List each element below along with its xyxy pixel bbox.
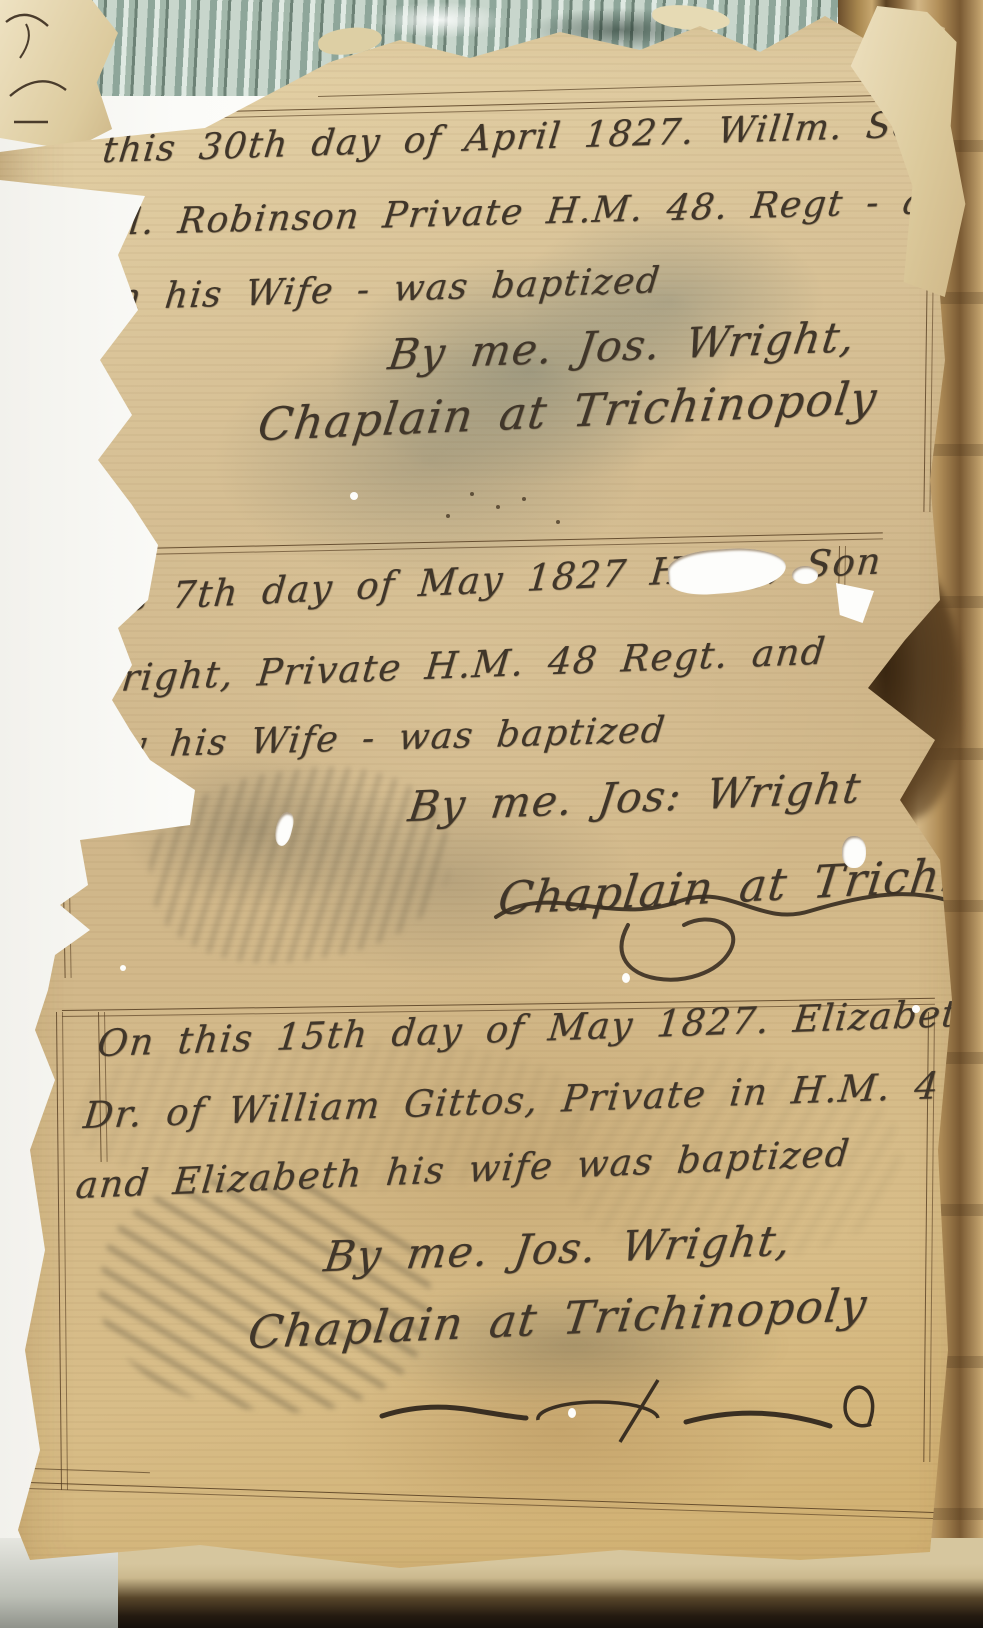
handwriting-line: ml. Robinson Private H.M. 48. Regt - and…: [91, 178, 983, 244]
handwriting-line: ary his Wife - was baptized: [81, 710, 668, 767]
ink-rule-bottom: [28, 1482, 953, 1520]
pinhole: [622, 973, 630, 983]
paper-hole: [836, 583, 874, 623]
ink-spatter: [522, 497, 526, 501]
ink-spatter: [556, 520, 560, 524]
pinhole: [350, 492, 358, 500]
officiant-title: Chaplain at Trichinopoly: [255, 371, 881, 451]
handwriting-line: this 30th day of April 1827. Willm. Son …: [101, 102, 983, 171]
ink-spatter: [470, 492, 474, 496]
photographed-register-spread: this 30th day of April 1827. Willm. Son …: [0, 0, 983, 1628]
ink-spatter: [446, 514, 450, 518]
ink-spatter: [496, 505, 500, 509]
officiant-signature: By me. Jos. Wright,: [385, 312, 859, 379]
officiant-signature: By me. Jos: Wright: [405, 763, 864, 831]
ink-rule-left-2-fragment: [62, 828, 72, 978]
pinhole: [120, 965, 126, 971]
ink-rule-left-3: [56, 1012, 68, 1490]
ink-rule-bottom-outer: [30, 1468, 150, 1473]
register-page: this 30th day of April 1827. Willm. Son …: [0, 0, 983, 1628]
paper-hole: [792, 566, 818, 584]
signature-flourish: [368, 1372, 898, 1458]
paper-hole: [842, 836, 866, 868]
handwriting-line: Wright, Private H.M. 48 Regt. and: [82, 629, 829, 701]
handwriting-line: nn his Wife - was baptized: [91, 260, 663, 319]
signature-flourish: [478, 855, 978, 1005]
pinhole: [912, 1005, 920, 1013]
ink-rule-top-outer: [318, 80, 878, 97]
pinhole: [568, 1408, 576, 1418]
